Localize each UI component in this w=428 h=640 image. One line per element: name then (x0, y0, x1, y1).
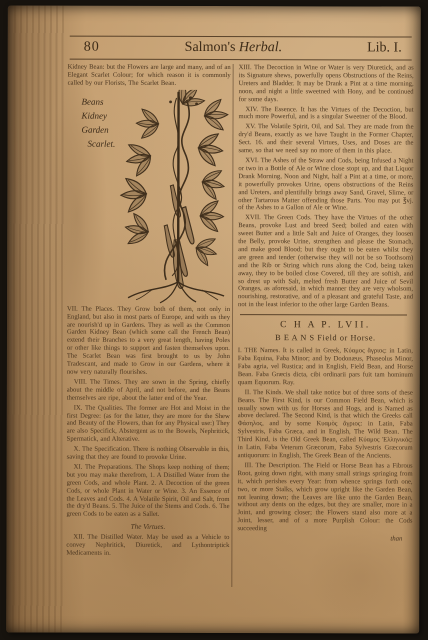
paragraph: XII. The Distilled Water. May be used as… (66, 534, 229, 558)
paragraph: VII. The Places. They Grow both of them,… (67, 305, 230, 377)
paragraph: XVI. The Ashes of the Straw and Cods, be… (238, 157, 413, 213)
chapter-subheading: B E A N S Field or Horse. (238, 333, 413, 342)
right-column: XIII. The Decoction in Wine or Water is … (235, 64, 413, 627)
book-photo: 80 Salmon's Herbal. Lib. I. Kidney Bean:… (0, 0, 428, 640)
book-title-italic: Herbal. (239, 40, 282, 55)
virtues-heading: The Virtues. (66, 523, 229, 531)
paragraph: VIII. The Times. They are sown in the Sp… (67, 378, 230, 402)
figure-caption-line: Garden (81, 123, 115, 137)
paragraph: XIV. The Essence. It has the Virtues of … (239, 106, 414, 122)
paragraph: XV. The Volatile Spirit, Oil, and Sal. T… (238, 123, 413, 155)
page-number: 80 (84, 40, 100, 56)
paragraph: X. The Specification. There is nothing O… (67, 446, 230, 462)
book-page: 80 Salmon's Herbal. Lib. I. Kidney Bean:… (6, 5, 421, 633)
paragraph: II. The Kinds. We shall take notice but … (238, 389, 413, 461)
text-columns: Kidney Bean: but the Flowers are large a… (66, 60, 413, 628)
paragraph: XIII. The Decoction in Wine or Water is … (239, 64, 414, 104)
figure-caption-line: Beans (82, 95, 116, 109)
figure-caption: Beans Kidney Garden Scarlet. (81, 95, 115, 151)
chapter-heading: C H A P. LVII. (238, 320, 413, 330)
figure-caption-line: Scarlet. (81, 137, 115, 151)
paragraph: I. THE Names. It is called in Greek, Κύα… (238, 347, 413, 387)
paragraph: XVII. The Green Cods. They have the Virt… (238, 214, 413, 309)
page-content: 80 Salmon's Herbal. Lib. I. Kidney Bean:… (66, 36, 414, 628)
gutter-shadow (6, 5, 66, 632)
book-section: Lib. I. (367, 40, 406, 56)
book-title: Salmon's Herbal. (100, 40, 367, 57)
bean-plant-figure: Beans Kidney Garden Scarlet. (67, 89, 231, 303)
bean-plant-woodcut-icon (112, 89, 231, 303)
left-column: Kidney Bean: but the Flowers are large a… (66, 64, 230, 627)
paragraph: Kidney Bean: but the Flowers are large a… (68, 64, 231, 88)
catchword: than (237, 535, 412, 542)
paragraph: XI. The Preparations. The Shops keep not… (66, 464, 229, 520)
book-title-roman: Salmon's (185, 40, 236, 55)
paragraph: III. The Description. The Field or Horse… (237, 462, 412, 534)
paragraph: IX. The Qualities. The former are Hot an… (67, 404, 230, 444)
chapter-rule (240, 314, 407, 315)
column-divider-rule (231, 64, 233, 587)
figure-caption-line: Kidney (82, 109, 116, 123)
running-header: 80 Salmon's Herbal. Lib. I. (68, 37, 414, 60)
